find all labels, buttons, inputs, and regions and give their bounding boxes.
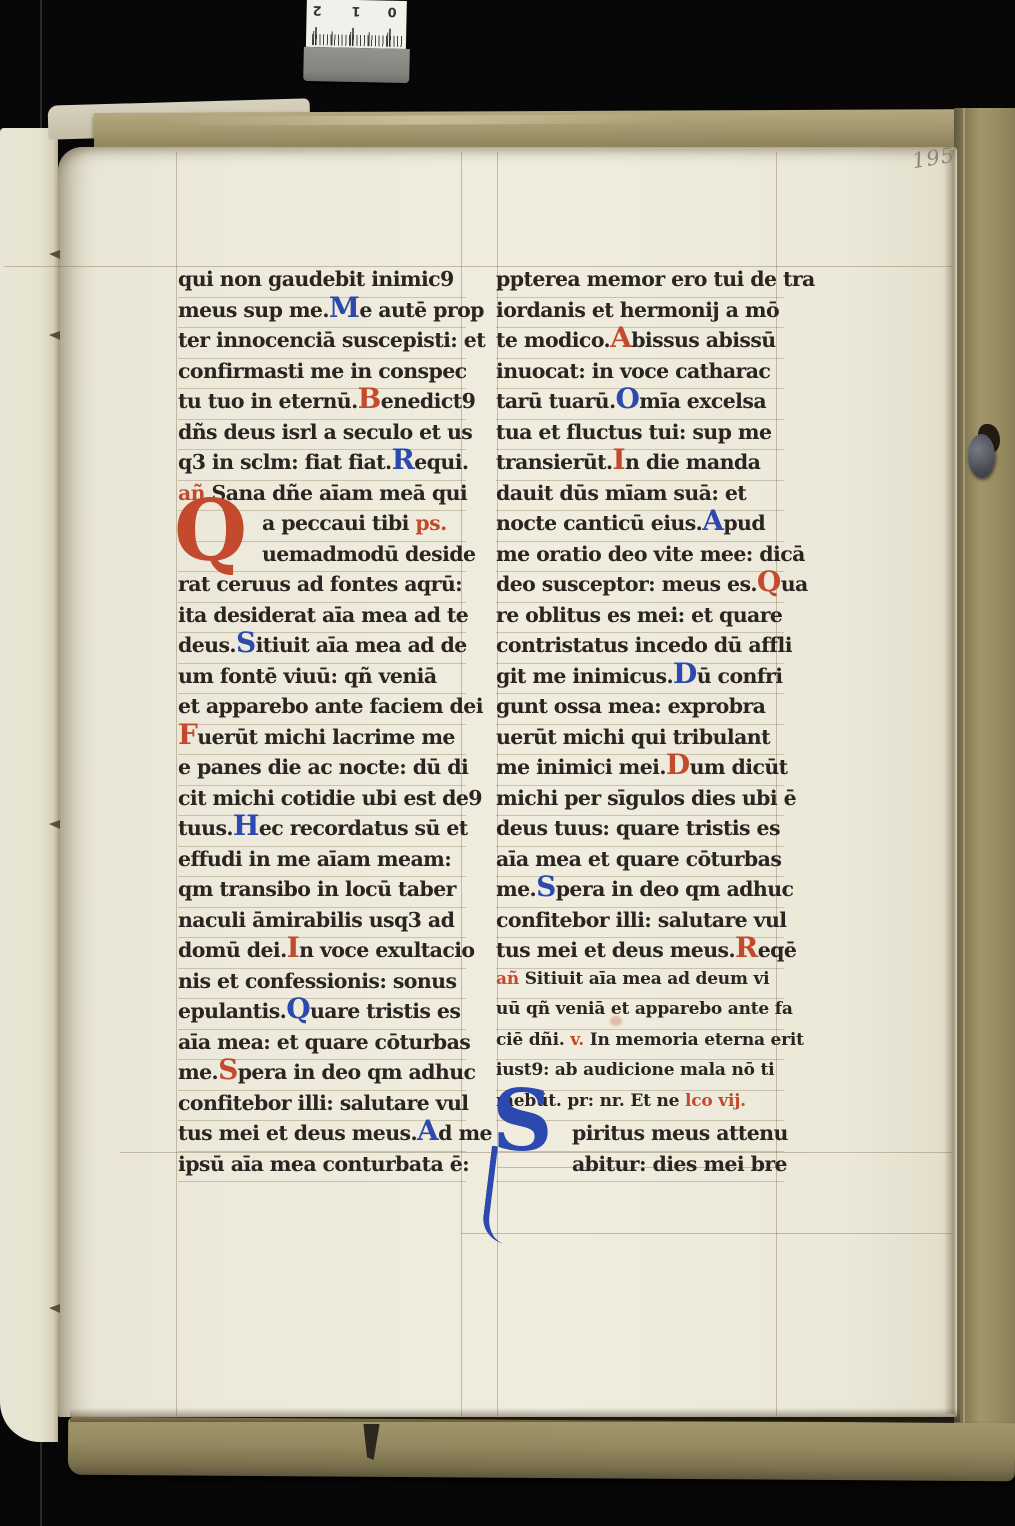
versal-initial: O [616, 382, 640, 415]
text-segment: abitur: dies mei bre [572, 1152, 787, 1176]
text-segment: tarū tuarū. [496, 389, 616, 413]
text-segment: equi. [414, 450, 468, 474]
text-segment: ū confri [697, 664, 783, 688]
text-segment: cit michi cotidie ubi est de9 [178, 786, 482, 810]
text-segment: et apparebo ante faciem dei [178, 694, 483, 718]
text-segment: lco vij. [685, 1091, 746, 1111]
text-segment: pera in deo qm adhuc [238, 1060, 476, 1084]
versal-initial: I [287, 931, 300, 964]
text-segment: dauit dūs mīam suā: et [496, 481, 746, 505]
text-segment: In memoria eterna erit [590, 1030, 804, 1050]
versal-initial: B [358, 382, 381, 415]
versal-initial: S [536, 870, 556, 903]
text-segment: n die manda [625, 450, 760, 474]
text-segment: ec recordatus sū et [259, 816, 468, 840]
versal-initial: I [613, 443, 626, 476]
text-line: ita desiderat aīa mea ad te [178, 603, 466, 634]
text-line: cit michi cotidie ubi est de9 [178, 786, 466, 817]
text-line: um fontē viuū: qñ veniā [178, 664, 466, 695]
text-segment: ipsū aīa mea conturbata ē: [178, 1152, 469, 1176]
text-segment: v. [570, 1030, 589, 1050]
versal-initial: S [236, 626, 256, 659]
glass-edge [40, 0, 42, 1526]
versal-initial: A [610, 321, 631, 354]
text-segment: qm transibo in locū taber [178, 877, 456, 901]
text-segment: uerūt michi qui tribulant [496, 725, 770, 749]
photo-canvas: 2 1 0 195 qui non gaudebit inimic9meus s… [0, 0, 1015, 1526]
text-segment: dñs deus isrl a seculo et us [178, 420, 472, 444]
text-line: effudi in me aīam meam: [178, 847, 466, 878]
text-line: re oblitus es mei: et quare [496, 603, 784, 634]
text-segment: confitebor illi: salutare vul [496, 908, 786, 932]
text-line: q3 in sclm: fiat fiat.Requi. [178, 450, 466, 481]
text-column-left: qui non gaudebit inimic9meus sup me.Me a… [178, 267, 466, 1182]
clasp-icon [968, 434, 995, 478]
text-segment: me oratio deo vite mee: dicā [496, 542, 805, 566]
versal-initial: A [417, 1114, 438, 1147]
text-line: transierūt.In die manda [496, 450, 784, 481]
ruler: 2 1 0 [303, 0, 411, 85]
text-segment: tus mei et deus meus. [496, 938, 735, 962]
text-segment: tus mei et deus meus. [178, 1121, 417, 1145]
text-line: epulantis.Quare tristis es [178, 999, 466, 1030]
text-segment: tua et fluctus tui: sup me [496, 420, 771, 444]
text-segment: uemadmodū deside [262, 542, 475, 566]
text-line: Fuerūt michi lacrime me [178, 725, 466, 756]
text-line: me oratio deo vite mee: dicā [496, 542, 784, 573]
text-segment: confitebor illi: salutare vul [178, 1091, 468, 1115]
text-segment: q3 in sclm: fiat fiat. [178, 450, 392, 474]
text-segment: iordanis et hermonij a mō [496, 298, 779, 322]
text-segment: e autē prop [359, 298, 484, 322]
text-segment: meus sup me. [178, 298, 329, 322]
text-segment: me inimici mei. [496, 755, 666, 779]
text-segment: deus tuus: quare tristis es [496, 816, 780, 840]
text-line: me.Spera in deo qm adhuc [496, 877, 784, 908]
text-segment: ita desiderat aīa mea ad te [178, 603, 468, 627]
ruler-cm-ticks [312, 27, 402, 47]
text-line: nis et confessionis: sonus [178, 969, 466, 1000]
text-line: iordanis et hermonij a mō [496, 298, 784, 329]
text-line: tus mei et deus meus.Reqē [496, 938, 784, 969]
text-line: me.Spera in deo qm adhuc [178, 1060, 466, 1091]
ruling-horizontal [461, 1233, 952, 1234]
text-segment: qui non gaudebit inimic9 [178, 267, 454, 291]
text-line: tus mei et deus meus.Ad me [178, 1121, 466, 1152]
text-segment: eqē [758, 938, 797, 962]
text-segment: n voce exultacio [299, 938, 474, 962]
text-segment: confirmasti me in conspec [178, 359, 467, 383]
text-segment: piritus meus attenu [572, 1121, 788, 1145]
text-segment: ciē dñi. [496, 1030, 570, 1050]
text-segment: transierūt. [496, 450, 613, 474]
text-line: deus tuus: quare tristis es [496, 816, 784, 847]
text-segment: Sana dñe aīam meā qui [212, 481, 468, 505]
binding-highlight [168, 114, 675, 125]
text-segment: e panes die ac nocte: dū di [178, 755, 468, 779]
text-line: ipsū aīa mea conturbata ē: [178, 1152, 466, 1183]
binding-fore-edge [954, 108, 1015, 1460]
text-line: tua et fluctus tui: sup me [496, 420, 784, 451]
text-line: inuocat: in voce catharac [496, 359, 784, 390]
text-line: meus sup me.Me autē prop [178, 298, 466, 329]
text-segment: ps. [415, 511, 446, 535]
text-segment: mīa excelsa [639, 389, 766, 413]
text-segment: a peccaui tibi [262, 511, 415, 535]
text-segment: itiuit aīa mea ad de [256, 633, 467, 657]
text-line: deo susceptor: meus es.Qua [496, 572, 784, 603]
text-segment: contristatus incedo dū affli [496, 633, 792, 657]
text-segment: effudi in me aīam meam: [178, 847, 451, 871]
text-segment: tuus. [178, 816, 233, 840]
text-line: tarū tuarū.Omīa excelsa [496, 389, 784, 420]
text-segment: d me [438, 1121, 492, 1145]
text-segment: nocte canticū eius. [496, 511, 702, 535]
text-segment: me. [178, 1060, 218, 1084]
text-segment: gunt ossa mea: exprobra [496, 694, 765, 718]
text-line: tuus.Hec recordatus sū et [178, 816, 466, 847]
page-bottom-shadow [70, 1408, 960, 1422]
text-line: dñs deus isrl a seculo et us [178, 420, 466, 451]
page-edge-shadow [944, 150, 958, 1414]
text-segment: ppterea memor ero tui de tra [496, 267, 815, 291]
text-line: qm transibo in locū taber [178, 877, 466, 908]
text-line: et apparebo ante faciem dei [178, 694, 466, 725]
text-line: michi per sīgulos dies ubi ē [496, 786, 784, 817]
text-segment: uū qñ veniā et apparebo ante fa [496, 999, 793, 1019]
text-line: gunt ossa mea: exprobra [496, 694, 784, 725]
text-segment: bissus abissū [631, 328, 775, 352]
text-segment: re oblitus es mei: et quare [496, 603, 782, 627]
versal-initial: D [673, 657, 697, 690]
text-segment: ua [781, 572, 808, 596]
text-line: uū qñ veniā et apparebo ante fa [496, 999, 784, 1030]
ink-stain [610, 1016, 622, 1026]
text-line: me inimici mei.Dum dicūt [496, 755, 784, 786]
text-segment: Sitiuit aīa mea ad deum vi [525, 969, 770, 989]
text-segment: um dicūt [690, 755, 788, 779]
versal-initial: A [702, 504, 723, 537]
text-line: contristatus incedo dū affli [496, 633, 784, 664]
versal-initial: Q [286, 992, 310, 1025]
text-segment: ter innocenciā suscepisti: et [178, 328, 485, 352]
text-line: nocte canticū eius.Apud [496, 511, 784, 542]
facing-page-edge [0, 128, 58, 1442]
text-segment: me. [496, 877, 536, 901]
text-line: e panes die ac nocte: dū di [178, 755, 466, 786]
text-line: git me inimicus.Dū confri [496, 664, 784, 695]
text-segment: aīa mea: et quare cōturbas [178, 1030, 470, 1054]
ruler-number-0: 0 [387, 4, 396, 19]
text-line: añ Sitiuit aīa mea ad deum vi [496, 969, 784, 1000]
versal-initial: M [329, 291, 359, 324]
text-segment: enedict9 [381, 389, 476, 413]
ruler-number-1: 1 [352, 3, 361, 18]
ruler-scale: 2 1 0 [306, 0, 407, 49]
binding-bottom-edge [68, 1417, 1015, 1482]
text-segment: michi per sīgulos dies ubi ē [496, 786, 796, 810]
text-segment: epulantis. [178, 999, 286, 1023]
text-segment: inuocat: in voce catharac [496, 359, 770, 383]
text-line: domū dei.In voce exultacio [178, 938, 466, 969]
illuminated-initial-Q: Q [174, 489, 247, 573]
text-segment: te modico. [496, 328, 610, 352]
text-segment: domū dei. [178, 938, 287, 962]
text-segment: deus. [178, 633, 236, 657]
versal-initial: Q [757, 565, 781, 598]
versal-initial: R [392, 443, 415, 476]
versal-initial: D [666, 748, 690, 781]
text-line: ciē dñi. v. In memoria eterna erit [496, 1030, 784, 1061]
text-line: ppterea memor ero tui de tra [496, 267, 784, 298]
text-line: naculi āmirabilis usq3 ad [178, 908, 466, 939]
text-line: dauit dūs mīam suā: et [496, 481, 784, 512]
text-segment: uare tristis es [310, 999, 460, 1023]
text-segment: tu tuo in eternū. [178, 389, 358, 413]
text-line: te modico.Abissus abissū [496, 328, 784, 359]
text-line: ter innocenciā suscepisti: et [178, 328, 466, 359]
text-segment: nis et confessionis: sonus [178, 969, 456, 993]
text-segment: aīa mea et quare cōturbas [496, 847, 781, 871]
versal-initial: F [178, 718, 197, 751]
text-segment: git me inimicus. [496, 664, 673, 688]
ruler-number-2: 2 [313, 2, 322, 17]
text-line: uerūt michi qui tribulant [496, 725, 784, 756]
ruling-vertical [176, 152, 177, 1416]
text-segment: um fontē viuū: qñ veniā [178, 664, 437, 688]
versal-initial: R [735, 931, 758, 964]
text-segment: pud [723, 511, 765, 535]
text-segment: uerūt michi lacrime me [197, 725, 455, 749]
text-column-right: ppterea memor ero tui de traiordanis et … [496, 267, 784, 1182]
text-segment: pera in deo qm adhuc [556, 877, 794, 901]
text-segment: naculi āmirabilis usq3 ad [178, 908, 454, 932]
versal-initial: H [233, 809, 259, 842]
text-line: tu tuo in eternū.Benedict9 [178, 389, 466, 420]
ruler-holder [303, 47, 410, 83]
versal-initial: S [218, 1053, 238, 1086]
text-line: deus.Sitiuit aīa mea ad de [178, 633, 466, 664]
text-line: qui non gaudebit inimic9 [178, 267, 466, 298]
text-segment: añ [496, 969, 525, 989]
binding-edge-highlight [963, 108, 965, 1460]
text-segment: deo susceptor: meus es. [496, 572, 757, 596]
text-line: confirmasti me in conspec [178, 359, 466, 390]
